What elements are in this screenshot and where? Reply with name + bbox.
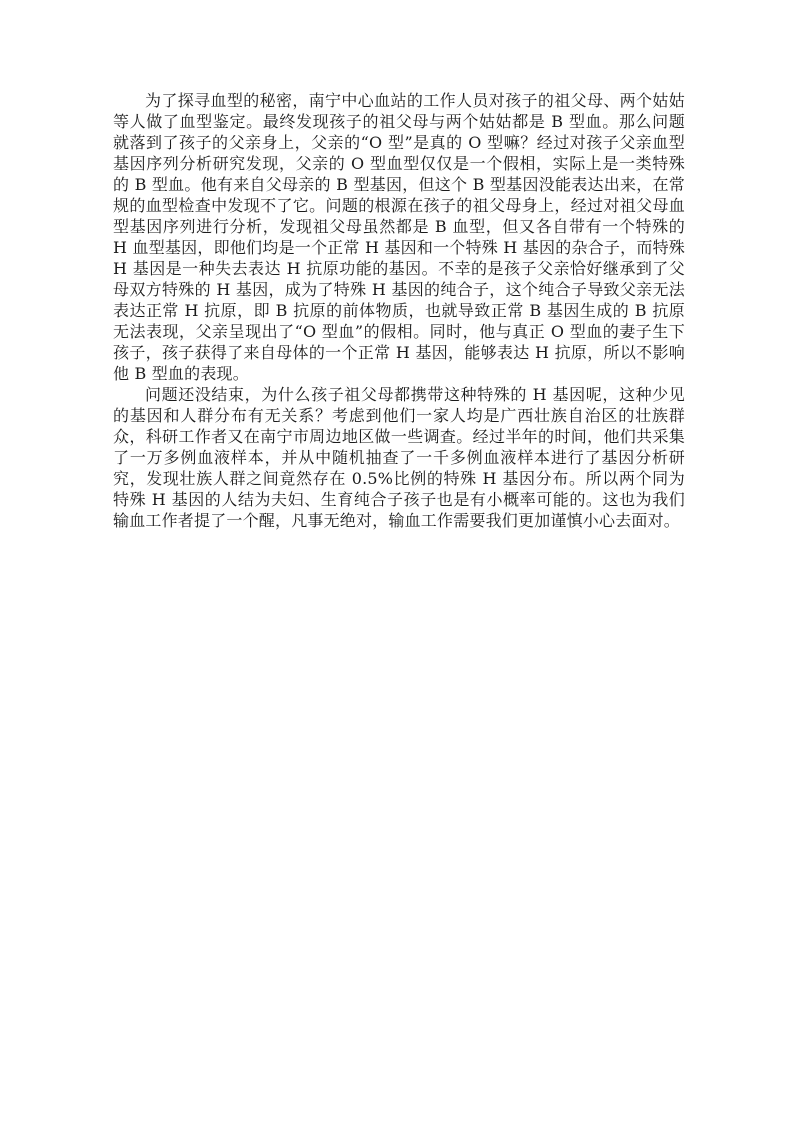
document-page: 为了探寻血型的秘密，南宁中心血站的工作人员对孩子的祖父母、两个姑姑等人做了血型鉴… [0,0,793,1122]
paragraph-blood-type-investigation: 为了探寻血型的秘密，南宁中心血站的工作人员对孩子的祖父母、两个姑姑等人做了血型鉴… [113,90,685,384]
paragraph-population-survey: 问题还没结束，为什么孩子祖父母都携带这种特殊的 H 基因呢，这种少见的基因和人群… [113,384,685,531]
article-body: 为了探寻血型的秘密，南宁中心血站的工作人员对孩子的祖父母、两个姑姑等人做了血型鉴… [113,90,685,531]
